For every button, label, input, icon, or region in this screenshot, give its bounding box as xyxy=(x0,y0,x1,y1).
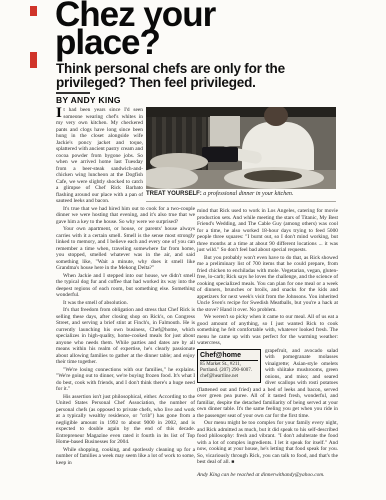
paragraph: When Jackie and I stepped into our house… xyxy=(56,273,195,299)
column-right: mind that Rick used to work in Los Angel… xyxy=(197,208,338,478)
paragraph: "We're losing connections with our famil… xyxy=(56,367,195,393)
paragraph: His assertion isn't just philosophical, … xyxy=(56,394,195,446)
infobox-web: chef@heartline.net xyxy=(200,374,258,380)
caption-text: a professional dinner in your kitchen. xyxy=(203,191,293,197)
paragraph: We weren't so picky when it came to our … xyxy=(197,314,338,347)
infobox-phone: Portland. (207) 290-6007. xyxy=(200,368,258,374)
paragraph: But you probably won't even have to do t… xyxy=(197,255,338,314)
paragraph: It was the smell of absolution. xyxy=(56,300,195,307)
photo-spacer xyxy=(143,107,195,205)
column-left: It had been years since I'd seen someone… xyxy=(56,107,195,467)
dek-line-1: Think personal chefs are only for the xyxy=(56,62,285,76)
dek: Think personal chefs are only for the pr… xyxy=(56,62,285,90)
contact-infobox: Chef@home 85 Market St., #211, Portland.… xyxy=(197,349,261,383)
paragraph: Your own apartment, or house, or parents… xyxy=(56,226,195,272)
headline: Chez your place? xyxy=(55,1,215,57)
byline: BY ANDY KING xyxy=(56,95,121,105)
paragraph: It's that freedom from obligation and st… xyxy=(56,307,195,366)
paragraph-text: Our menu might be too complex for your f… xyxy=(197,420,338,465)
paragraph: It's true that we had hired him out to c… xyxy=(56,206,195,226)
paragraph: mind that Rick used to work in Los Angel… xyxy=(197,208,338,254)
page-edge-mark-top xyxy=(30,6,37,16)
dek-line-2: privileged? Then feel privileged. xyxy=(56,76,285,90)
food xyxy=(244,170,302,182)
end-mark: ■ xyxy=(231,460,234,465)
paragraph: Our menu might be too complex for your f… xyxy=(197,420,338,467)
infobox-title: Chef@home xyxy=(200,352,258,361)
author-bio: Andy King can be reached at dinnerwithan… xyxy=(197,472,338,479)
byline-rule xyxy=(56,92,90,94)
newspaper-page: Chez your place? Think personal chefs ar… xyxy=(0,0,386,500)
page-edge-mark-bottom xyxy=(30,52,37,68)
paragraph-text: t had been years since I'd seen someone … xyxy=(56,107,143,204)
photo-window xyxy=(210,116,240,146)
paragraph: While shopping, cooking, and spotlessly … xyxy=(56,447,195,467)
